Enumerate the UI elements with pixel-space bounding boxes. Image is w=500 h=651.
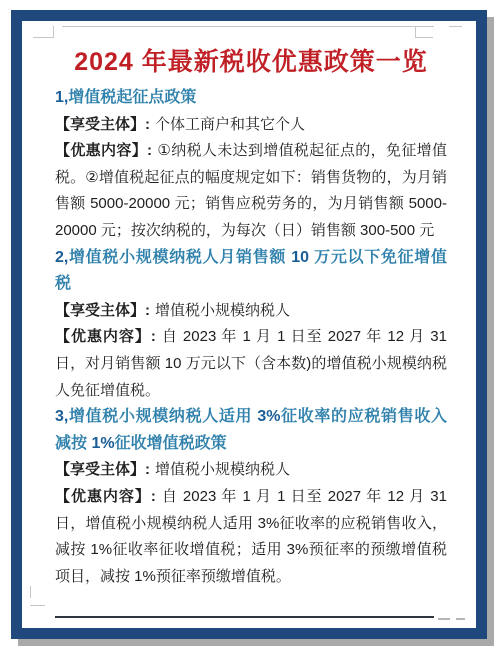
- section-1: 1,增值税起征点政策 【享受主体】:个体工商户和其它个人 【优惠内容】:①纳税人…: [55, 85, 447, 245]
- subject-text: 个体工商户和其它个人: [155, 116, 305, 133]
- subject-text: 增值税小规模纳税人: [155, 461, 290, 478]
- subject-text: 增值税小规模纳税人: [155, 302, 290, 319]
- section-2-content-paragraph: 【优惠内容】:自 2023 年 1 月 1 日至 2027 年 12 月 31 …: [55, 324, 447, 404]
- page-content: 2024 年最新税收优惠政策一览 1,增值税起征点政策 【享受主体】:个体工商户…: [22, 21, 476, 628]
- section-3-heading: 3,增值税小规模纳税人适用 3%征收率的应税销售收入减按 1%征收增值税政策: [55, 404, 447, 457]
- section-1-content-paragraph: 【优惠内容】:①纳税人未达到增值税起征点的，免征增值税。②增值税起征点的幅度规定…: [55, 138, 447, 244]
- subject-label: 【享受主体】:: [55, 461, 150, 478]
- document-page: 2024 年最新税收优惠政策一览 1,增值税起征点政策 【享受主体】:个体工商户…: [0, 0, 500, 651]
- section-2: 2,增值税小规模纳税人月销售额 10 万元以下免征增值税 【享受主体】:增值税小…: [55, 245, 447, 405]
- section-1-subject-line: 【享受主体】:个体工商户和其它个人: [55, 112, 447, 139]
- section-3-subject-line: 【享受主体】:增值税小规模纳税人: [55, 457, 447, 484]
- section-2-heading: 2,增值税小规模纳税人月销售额 10 万元以下免征增值税: [55, 245, 447, 298]
- section-2-subject-line: 【享受主体】:增值税小规模纳税人: [55, 298, 447, 325]
- subject-label: 【享受主体】:: [55, 302, 150, 319]
- content-label: 【优惠内容】:: [55, 142, 152, 159]
- page-frame: 2024 年最新税收优惠政策一览 1,增值税起征点政策 【享受主体】:个体工商户…: [11, 10, 487, 639]
- content-label: 【优惠内容】:: [55, 328, 156, 345]
- content-label: 【优惠内容】:: [55, 488, 156, 505]
- section-1-heading: 1,增值税起征点政策: [55, 85, 447, 112]
- subject-label: 【享受主体】:: [55, 116, 150, 133]
- section-3: 3,增值税小规模纳税人适用 3%征收率的应税销售收入减按 1%征收增值税政策 【…: [55, 404, 447, 590]
- section-3-content-paragraph: 【优惠内容】:自 2023 年 1 月 1 日至 2027 年 12 月 31 …: [55, 484, 447, 590]
- page-title: 2024 年最新税收优惠政策一览: [55, 45, 447, 79]
